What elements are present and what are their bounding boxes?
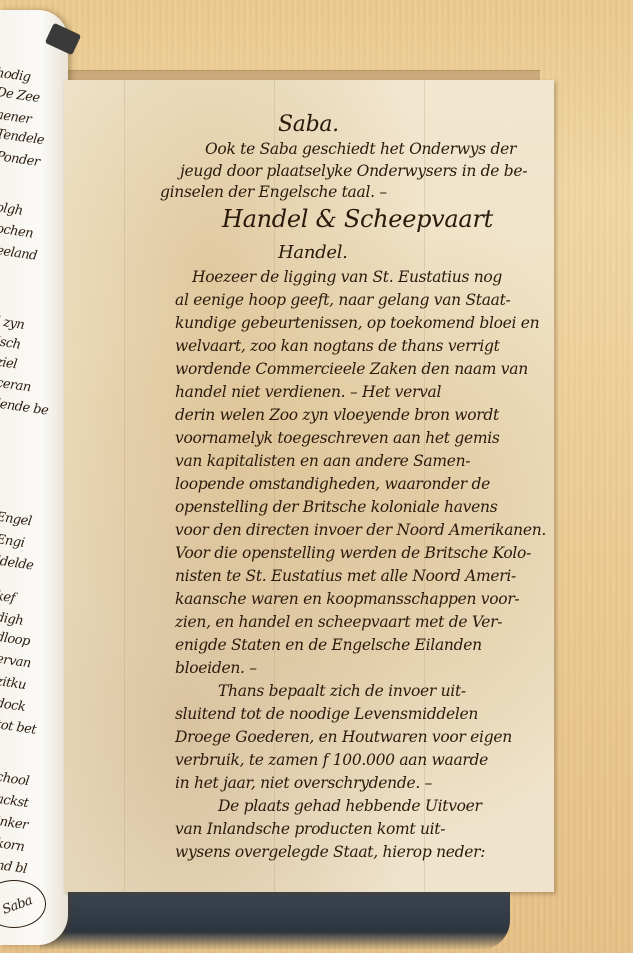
left-page-fragment: l zyn bbox=[0, 314, 25, 333]
paragraph-line: zien, en handel en scheepvaart met de Ve… bbox=[175, 613, 502, 631]
left-page-fragment: ldelde bbox=[0, 553, 34, 573]
left-page: hodig De Zee aener Tendele Ponder olgh o… bbox=[0, 10, 68, 945]
paragraph-line: wordende Commercieele Zaken den naam van bbox=[175, 360, 528, 378]
paragraph-line: Hoezeer de ligging van St. Eustatius nog bbox=[192, 268, 502, 286]
intro-line: Ook te Saba geschiedt het Onderwys der bbox=[205, 140, 516, 158]
paragraph-line: De plaats gehad hebbende Uitvoer bbox=[218, 797, 482, 815]
left-page-fragment: ziel bbox=[0, 355, 18, 373]
left-page-fragment: nd bl bbox=[0, 858, 28, 877]
paragraph-line: sluitend tot de noodige Levensmiddelen bbox=[175, 705, 478, 723]
paragraph-line: Voor die openstelling werden de Britsche… bbox=[175, 544, 531, 562]
paragraph-line: Droege Goederen, en Houtwaren voor eigen bbox=[175, 728, 512, 746]
paragraph-line: welvaart, zoo kan nogtans de thans verri… bbox=[175, 337, 500, 355]
paragraph-line: kundige gebeurtenissen, op toekomend blo… bbox=[175, 314, 539, 332]
paragraph-line: van kapitalisten en aan andere Samen- bbox=[175, 452, 470, 470]
left-page-fragment: ervan bbox=[0, 652, 32, 672]
heading: Handel & Scheepvaart bbox=[222, 205, 493, 233]
left-page-fragment: Tendele bbox=[0, 127, 45, 149]
paragraph-line: voor den directen invoer der Noord Ameri… bbox=[175, 521, 546, 539]
paragraph-line: wysens overgelegde Staat, hierop neder: bbox=[175, 843, 485, 861]
page-fold-line bbox=[124, 80, 125, 892]
intro-line: ginselen der Engelsche taal. – bbox=[160, 183, 387, 201]
left-page-fragment: ochen bbox=[0, 221, 34, 241]
paragraph-line: kaansche waren en koopmansschappen voor- bbox=[175, 590, 519, 608]
left-page-fragment: Engi bbox=[0, 532, 25, 551]
left-page-fragment: inker bbox=[0, 814, 29, 833]
left-page-fragment: ceran bbox=[0, 376, 32, 396]
left-page-fragment: eeland bbox=[0, 243, 38, 264]
paragraph-line: van Inlandsche producten komt uit- bbox=[175, 820, 445, 838]
left-page-fragment: dloop bbox=[0, 630, 31, 650]
left-page-fragment: hodig bbox=[0, 66, 31, 86]
left-page-fragment: lende be bbox=[0, 396, 49, 418]
left-page-fragment: lsch bbox=[0, 334, 21, 352]
intro-line: jeugd door plaatselyke Onderwysers in de… bbox=[180, 162, 527, 180]
left-page-fragment: olgh bbox=[0, 200, 24, 219]
left-page-fragment: zitku bbox=[0, 674, 27, 693]
paragraph-line: verbruik, te zamen f 100.000 aan waarde bbox=[175, 751, 488, 769]
left-page-fragment: aener bbox=[0, 108, 32, 128]
left-page-fragment: dock bbox=[0, 696, 26, 715]
paragraph-line: Thans bepaalt zich de invoer uit- bbox=[218, 682, 466, 700]
subheading: Handel. bbox=[278, 242, 348, 263]
left-page-fragment: Engel bbox=[0, 510, 32, 530]
paragraph-line: derin welen Zoo zyn vloeyende bron wordt bbox=[175, 406, 499, 424]
left-page-fragment: korn bbox=[0, 836, 25, 855]
paragraph-line: nisten te St. Eustatius met alle Noord A… bbox=[175, 567, 516, 585]
left-page-fragment: Ponder bbox=[0, 149, 40, 170]
left-page-fragment: digh bbox=[0, 610, 24, 629]
left-page-fragment: chool bbox=[0, 770, 30, 789]
left-page-fragment: De Zee bbox=[0, 85, 41, 106]
paragraph-line: al eenige hoop geeft, naar gelang van St… bbox=[175, 291, 510, 309]
paragraph-line: loopende omstandigheden, waaronder de bbox=[175, 475, 490, 493]
paragraph-line: openstelling der Britsche koloniale have… bbox=[175, 498, 497, 516]
book-cover-shadow bbox=[40, 890, 510, 950]
paragraph-line: in het jaar, niet overschrydende. – bbox=[175, 774, 432, 792]
paragraph-line: bloeiden. – bbox=[175, 659, 257, 677]
paragraph-line: handel niet verdienen. – Het verval bbox=[175, 383, 441, 401]
section-title: Saba. bbox=[278, 112, 339, 137]
paragraph-line: enigde Staten en de Engelsche Eilanden bbox=[175, 636, 482, 654]
paragraph-line: voornamelyk toegeschreven aan het gemis bbox=[175, 429, 500, 447]
left-page-fragment: ackst bbox=[0, 792, 29, 811]
left-page-fragment: tot bet bbox=[0, 717, 37, 737]
left-page-fragment: kef bbox=[0, 589, 16, 606]
